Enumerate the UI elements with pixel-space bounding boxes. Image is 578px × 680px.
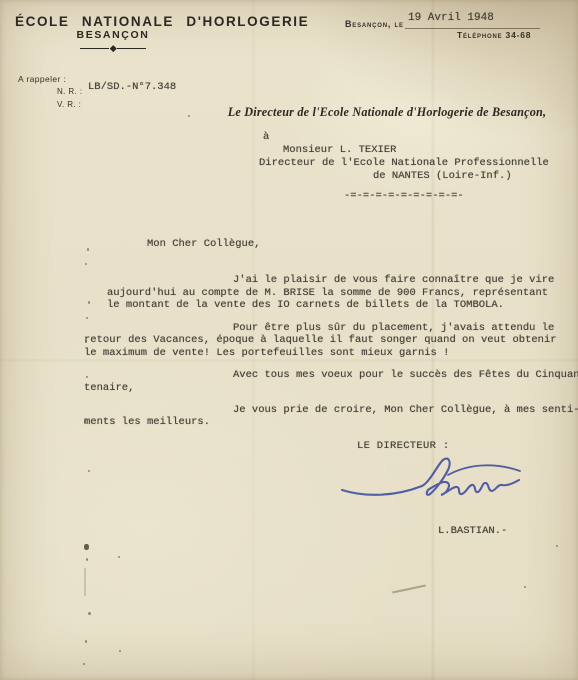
scanned-letter-page: ÉCOLE NATIONALE D'HORLOGERIE BESANÇON A …	[0, 0, 578, 680]
body-line: le montant de la vente des IO carnets de…	[107, 299, 504, 312]
pencil-squiggle	[392, 584, 426, 593]
recall-label: A rappeler :	[18, 74, 66, 84]
body-line: Je vous prie de croire, Mon Cher Collègu…	[233, 404, 578, 417]
body-line: ments les meilleurs.	[84, 416, 210, 429]
typed-date: 19 Avril 1948	[408, 12, 494, 24]
ink-speck	[85, 263, 87, 265]
addressee-title: Directeur de l'Ecole Nationale Professio…	[259, 157, 549, 169]
ink-streak	[84, 568, 86, 596]
ink-speck	[86, 317, 88, 319]
ink-speck	[118, 556, 120, 558]
addressee-particle: à	[263, 131, 269, 143]
ink-speck	[119, 650, 121, 652]
body-line: retour des Vacances, époque à laquelle i…	[84, 334, 557, 347]
addressee-city: de NANTES (Loire-Inf.)	[373, 170, 512, 182]
ink-speck	[556, 545, 558, 547]
nr-label: N. R. :	[57, 87, 82, 96]
addressee-name: Monsieur L. TEXIER	[283, 144, 396, 156]
vr-label: V. R. :	[57, 100, 81, 109]
typed-separator: -=-=-=-=-=-=-=-=-=-	[344, 190, 464, 202]
ink-speck	[83, 663, 85, 665]
ink-speck	[524, 586, 526, 588]
body-line: aujourd'hui au compte de M. BRISE la som…	[107, 287, 548, 300]
body-line: Avec tous mes voeux pour le succès des F…	[233, 369, 578, 382]
reference-number: LB/SD.-N°7.348	[88, 81, 176, 93]
ink-blot	[84, 544, 89, 550]
dateline-rule	[405, 28, 540, 29]
dateline-label: Besançon, le	[345, 19, 404, 29]
ink-speck	[86, 558, 88, 561]
sender-title-line: Le Directeur de l'Ecole Nationale d'Horl…	[197, 105, 577, 120]
ink-speck	[85, 340, 87, 343]
diamond-icon	[110, 45, 116, 51]
ornament-bar-left	[80, 48, 109, 50]
ink-speck	[88, 470, 90, 472]
typed-signature-name: L.BASTIAN.-	[438, 525, 507, 537]
salutation: Mon Cher Collègue,	[147, 238, 260, 250]
ink-speck	[88, 612, 91, 615]
body-line: Pour être plus sûr du placement, j'avais…	[233, 322, 554, 335]
diamond-rule-ornament-icon	[80, 46, 146, 51]
ornament-bar-right	[117, 48, 146, 50]
letterhead-school-name: ÉCOLE NATIONALE D'HORLOGERIE	[15, 14, 309, 29]
body-line: tenaire,	[84, 382, 134, 395]
ink-speck	[84, 420, 86, 423]
body-line: J'ai le plaisir de vous faire connaître …	[233, 274, 554, 287]
letterhead-city: BESANÇON	[15, 29, 211, 41]
phone-number: Téléphone 34-68	[457, 30, 531, 40]
ink-speck	[88, 301, 90, 304]
ink-speck	[85, 640, 87, 643]
ink-speck	[188, 115, 190, 117]
ink-speck	[86, 376, 88, 378]
body-line: le maximum de vente! Les portefeuilles s…	[84, 347, 449, 360]
handwritten-signature-bastian-icon	[336, 450, 536, 514]
ink-speck	[87, 248, 89, 251]
